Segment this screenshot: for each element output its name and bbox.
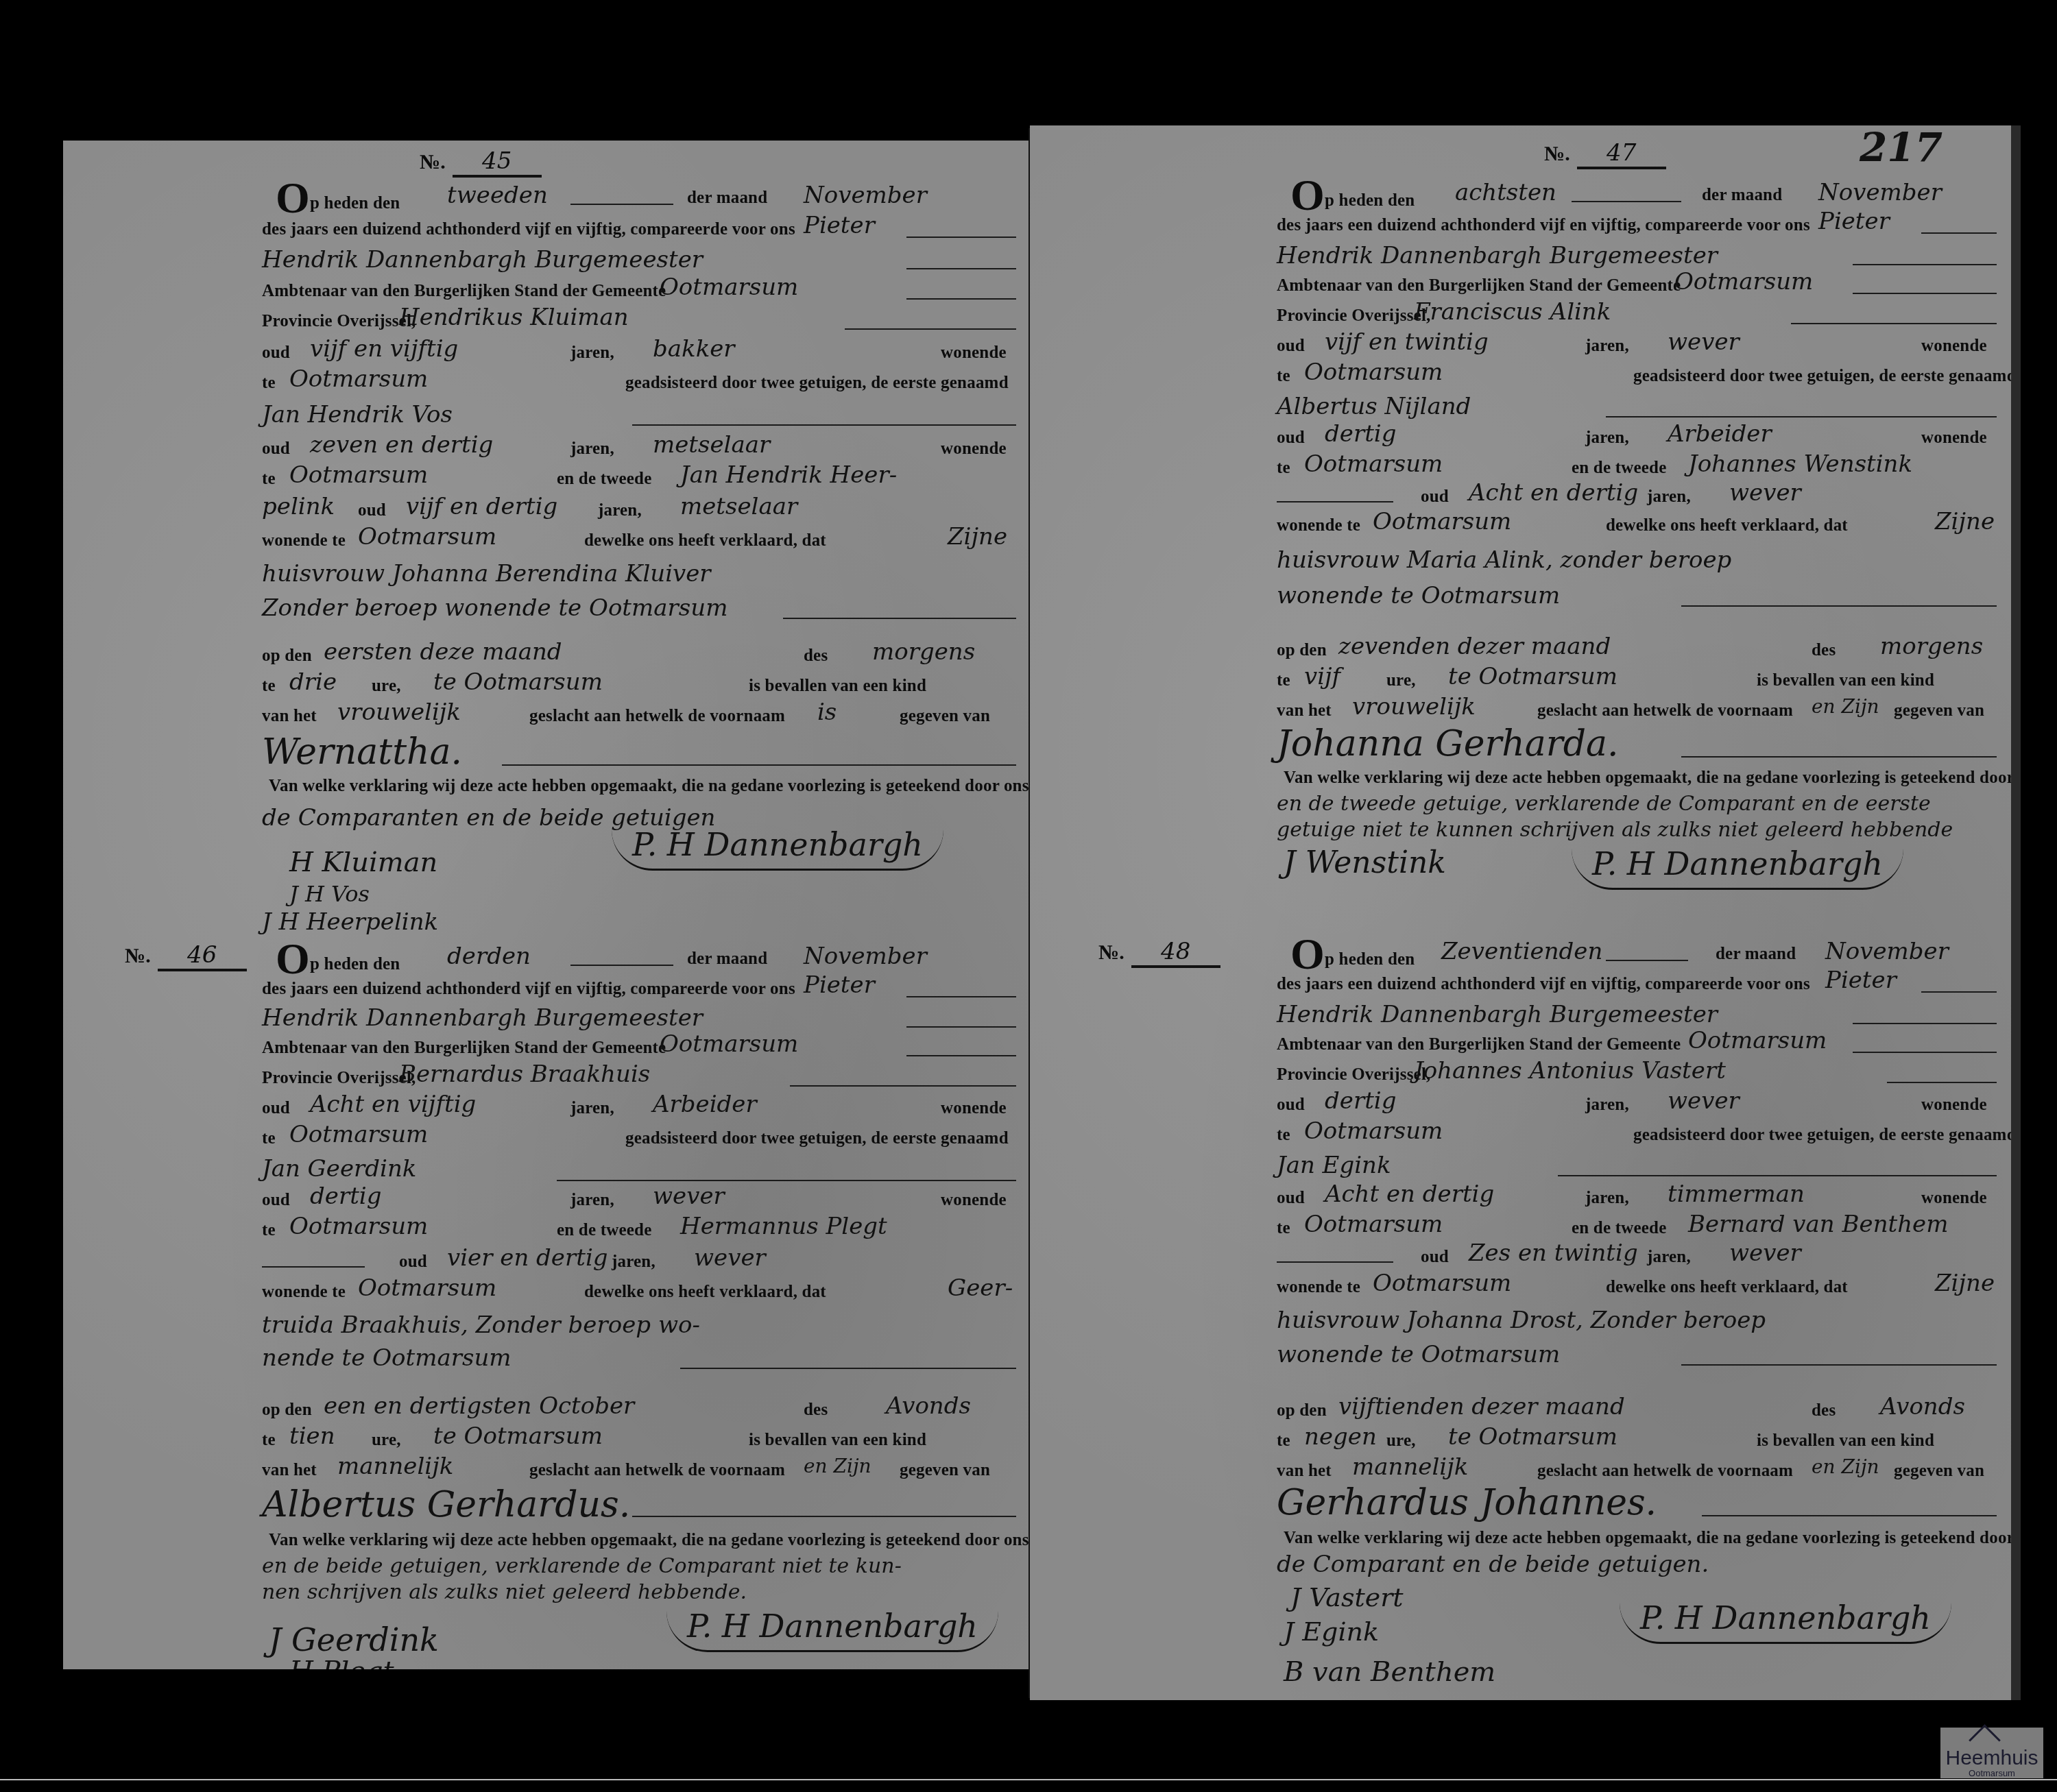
hw-witness1: Jan Geerdink <box>262 1154 416 1184</box>
hw-witness1-age: zeven en dertig <box>310 430 493 460</box>
printed-geadsisteerd: geadsisteerd door twee getuigen, de eers… <box>625 1124 1009 1154</box>
logo-place: Ootmarsum <box>1940 1769 2043 1778</box>
hw-declarant-age: dertig <box>1325 1086 1396 1116</box>
printed-wonende-te: wonende te <box>1277 1272 1360 1303</box>
printed-jaren: jaren, <box>570 1093 614 1124</box>
hw-official-first: Pieter <box>1818 206 1890 237</box>
hw-declarant-residence: Ootmarsum <box>1304 357 1443 387</box>
hw-statement-start: Geer- <box>948 1273 1013 1303</box>
hw-witness2-age: vier en dertig <box>447 1243 608 1273</box>
printed-geslacht: geslacht aan hetwelk de voornaam <box>529 701 785 731</box>
hw-witness2: Johannes Wenstink <box>1688 449 1912 479</box>
printed-van-welke: Van welke verklaring wij deze acte hebbe… <box>269 771 1029 801</box>
hw-hour: drie <box>289 667 337 697</box>
printed-van-het: van het <box>262 1455 317 1486</box>
printed-wonende: wonende <box>941 338 1007 368</box>
printed-des: des <box>804 1395 828 1425</box>
birth-record-48: №.48 Op heden den Zeventienden der maand… <box>1030 924 2011 1699</box>
printed-van-het: van het <box>262 701 317 731</box>
hw-declarant: Hendrikus Kluiman <box>399 302 629 332</box>
hw-child-name: Wernattha. <box>262 731 462 773</box>
printed-wonende-te: wonende te <box>1277 511 1360 541</box>
hw-witness2-residence: Ootmarsum <box>1373 1268 1511 1298</box>
hw-birth-day: vijftienden dezer maand <box>1338 1392 1625 1422</box>
hw-declarant-age: Acht en vijftig <box>310 1089 476 1119</box>
printed-te: te <box>1277 361 1290 391</box>
hw-witness2: Bernard van Benthem <box>1688 1209 1948 1239</box>
hw-witness2-residence: Ootmarsum <box>1373 507 1511 537</box>
printed-gegeven-van: gegeven van <box>900 1455 990 1486</box>
hw-statement-start: Zijne <box>1935 1268 1995 1298</box>
hw-closing: de Comparant en de beide getuigen. <box>1277 1549 1709 1579</box>
hw-statement-line2: wonende te Ootmarsum <box>1277 1340 1560 1370</box>
hw-statement-line2: nende te Ootmarsum <box>262 1343 512 1373</box>
hw-declarant-age: vijf en vijftig <box>310 334 458 364</box>
hw-witness1-age: dertig <box>310 1181 381 1211</box>
scan-edge-line <box>0 1779 2057 1780</box>
printed-der-maand: der maand <box>687 183 767 213</box>
hw-birth-day: eersten deze maand <box>324 637 562 667</box>
hw-statement-line2: Zonder beroep wonende te Ootmarsum <box>262 593 727 623</box>
printed-oud: oud <box>262 338 290 368</box>
printed-geadsisteerd: geadsisteerd door twee getuigen, de eers… <box>1633 361 2017 391</box>
printed-jaren: jaren, <box>1647 482 1691 512</box>
printed-te: te <box>1277 666 1290 696</box>
printed-dewelke: dewelke ons heeft verklaard, dat <box>584 1277 826 1307</box>
hw-statement-line2: wonende te Ootmarsum <box>1277 581 1560 611</box>
printed-jaren: jaren, <box>1647 1242 1691 1272</box>
hw-witness2-occupation: metselaar <box>680 492 797 522</box>
hw-gemeente: Ootmarsum <box>660 272 798 302</box>
signature-witness1: J H Vos <box>289 881 370 907</box>
printed-te: te <box>1277 1426 1290 1456</box>
hw-witness2-age: Zes en twintig <box>1469 1238 1638 1268</box>
hw-statement-start: Zijne <box>1935 507 1995 537</box>
printed-geadsisteerd: geadsisteerd door twee getuigen, de eers… <box>1633 1120 2017 1150</box>
hw-witness2-residence: Ootmarsum <box>358 1273 496 1303</box>
hw-official-first: Pieter <box>1825 965 1897 995</box>
hw-hour: tien <box>289 1421 335 1451</box>
printed-te: te <box>262 671 276 701</box>
hw-month: November <box>1825 936 1949 967</box>
printed-geslacht: geslacht aan hetwelk de voornaam <box>1537 696 1793 726</box>
printed-dewelke: dewelke ons heeft verklaard, dat <box>1606 1272 1848 1303</box>
printed-oud: oud <box>1277 423 1305 453</box>
printed-gegeven-van: gegeven van <box>1894 1456 1984 1486</box>
hw-birth-place: te Ootmarsum <box>433 667 603 697</box>
printed-jaren: jaren, <box>570 338 614 368</box>
hw-sex: mannelijk <box>1352 1452 1468 1482</box>
hw-declarant-age: vijf en twintig <box>1325 327 1489 357</box>
hw-month: November <box>804 180 927 210</box>
hw-hour: vijf <box>1304 662 1340 692</box>
signature-official: P. H Dannenbargh <box>1572 845 1903 890</box>
printed-jaren: jaren, <box>1585 331 1629 361</box>
hw-day: derden <box>447 941 531 971</box>
hw-witness1-occupation: wever <box>653 1181 725 1211</box>
printed-der-maand: der maand <box>1702 180 1782 210</box>
hw-witness2: Hermannus Plegt <box>680 1211 887 1242</box>
hw-voornaam-word: en Zijn <box>1812 692 1879 722</box>
hw-daypart: Avonds <box>886 1391 971 1421</box>
printed-te: te <box>262 1124 276 1154</box>
signature-witness2: B van Benthem <box>1284 1656 1495 1688</box>
hw-statement-start: Zijne <box>948 522 1007 552</box>
hw-declarant-residence: Ootmarsum <box>289 1119 428 1150</box>
printed-jaren: jaren, <box>570 434 614 464</box>
hw-witness2-occupation: wever <box>694 1243 766 1273</box>
printed-wonende: wonende <box>941 434 1007 464</box>
hw-sex: vrouwelijk <box>337 697 461 727</box>
hw-witness1-occupation: timmerman <box>1668 1179 1805 1209</box>
hw-witness1: Albertus Nijland <box>1277 391 1471 422</box>
printed-der-maand: der maand <box>687 944 767 974</box>
printed-geadsisteerd: geadsisteerd door twee getuigen, de eers… <box>625 368 1009 398</box>
hw-witness1-residence: Ootmarsum <box>1304 449 1443 479</box>
printed-wonende: wonende <box>941 1185 1007 1215</box>
printed-jaren: jaren, <box>1585 1090 1629 1120</box>
hw-child-name: Albertus Gerhardus. <box>262 1484 630 1525</box>
hw-witness2: Jan Hendrik Heer- <box>680 460 897 490</box>
signature-witness1: J Egink <box>1284 1617 1379 1647</box>
hw-gemeente: Ootmarsum <box>1688 1026 1827 1056</box>
printed-oud: oud <box>1277 331 1305 361</box>
record-number: №.47 <box>1544 139 1666 169</box>
hw-closing2: nen schrijven als zulks niet geleerd heb… <box>262 1577 747 1608</box>
hw-official-first: Pieter <box>804 970 875 1000</box>
signature-declarant: H Kluiman <box>289 847 437 878</box>
record-number: №.45 <box>420 147 542 178</box>
hw-month: November <box>1818 178 1942 208</box>
printed-jaren: jaren, <box>1585 1183 1629 1213</box>
printed-des: des <box>1812 1396 1836 1426</box>
printed-wonende: wonende <box>1921 423 1987 453</box>
hw-witness2-cont: pelink <box>262 492 335 522</box>
printed-dewelke: dewelke ons heeft verklaard, dat <box>584 526 826 556</box>
record-number: №.46 <box>125 941 247 971</box>
hw-witness1-age: dertig <box>1325 419 1396 449</box>
hw-daypart: morgens <box>872 637 975 667</box>
hw-daypart: Avonds <box>1880 1392 1965 1422</box>
hw-voornaam-word: is <box>817 697 837 727</box>
printed-te: te <box>262 368 276 398</box>
printed-oud: oud <box>1277 1090 1305 1120</box>
printed-provincie: Provincie Overijssel, <box>262 306 416 337</box>
birth-record-47: №.47 Op heden den achtsten der maand Nov… <box>1030 125 2011 900</box>
hw-declarant: Franciscus Alink <box>1414 297 1611 327</box>
hw-voornaam-word: en Zijn <box>1812 1452 1879 1482</box>
printed-te: te <box>262 1425 276 1455</box>
hw-official-rest: Hendrik Dannenbargh Burgemeester <box>262 245 703 275</box>
hw-declarant: Johannes Antonius Vastert <box>1414 1056 1726 1086</box>
printed-jaren: jaren, <box>598 496 642 526</box>
hw-official-rest: Hendrik Dannenbargh Burgemeester <box>262 1003 703 1033</box>
hw-official-first: Pieter <box>804 210 875 241</box>
hw-closing2: getuige niet te kunnen schrijven als zul… <box>1277 815 1953 845</box>
signature-declarant: J Vastert <box>1290 1582 1404 1612</box>
printed-op-heden: Op heden den <box>1290 180 1415 210</box>
hw-declarant-occupation: wever <box>1668 1086 1740 1116</box>
logo-name: Heemhuis <box>1940 1748 2043 1769</box>
heemhuis-logo: Heemhuis Ootmarsum <box>1940 1728 2043 1778</box>
printed-en-de-tweede: en de tweede <box>557 1215 651 1246</box>
hw-daypart: morgens <box>1880 631 1983 662</box>
signature-official: P. H Dannenbargh <box>1620 1599 1951 1644</box>
printed-bevallen: is bevallen van een kind <box>749 671 926 701</box>
signature-witness2: J Wenstink <box>1284 845 1446 880</box>
printed-wonende-te: wonende te <box>262 1277 346 1307</box>
printed-geslacht: geslacht aan hetwelk de voornaam <box>529 1455 785 1486</box>
hw-birth-day: een en dertigsten October <box>324 1391 634 1421</box>
printed-des-jaars: des jaars een duizend achthonderd vijf e… <box>1277 210 1810 241</box>
hw-witness1-age: Acht en dertig <box>1325 1179 1494 1209</box>
signature-official: P. H Dannenbargh <box>666 1608 998 1652</box>
printed-op-heden: Op heden den <box>276 183 400 213</box>
hw-witness1-residence: Ootmarsum <box>289 1211 428 1242</box>
hw-official-rest: Hendrik Dannenbargh Burgemeester <box>1277 241 1718 271</box>
hw-witness1-occupation: metselaar <box>653 430 770 460</box>
hw-birth-place: te Ootmarsum <box>1448 662 1617 692</box>
printed-oud: oud <box>262 1185 290 1215</box>
printed-jaren: jaren, <box>570 1185 614 1215</box>
printed-des-jaars: des jaars een duizend achthonderd vijf e… <box>262 215 795 245</box>
hw-declarant: Bernardus Braakhuis <box>399 1059 650 1089</box>
printed-wonende-te: wonende te <box>262 526 346 556</box>
hw-birth-day: zevenden dezer maand <box>1338 631 1611 662</box>
hw-witness1-occupation: Arbeider <box>1668 419 1772 449</box>
printed-der-maand: der maand <box>1716 939 1796 969</box>
printed-op-heden: Op heden den <box>276 944 400 974</box>
printed-te: te <box>1277 1120 1290 1150</box>
hw-declarant-occupation: wever <box>1668 327 1740 357</box>
printed-des-jaars: des jaars een duizend achthonderd vijf e… <box>262 974 795 1004</box>
hw-witness2-residence: Ootmarsum <box>358 522 496 552</box>
hw-voornaam-word: en Zijn <box>804 1451 871 1481</box>
printed-te: te <box>262 464 276 494</box>
hw-birth-place: te Ootmarsum <box>433 1421 603 1451</box>
hw-witness2-occupation: wever <box>1729 1238 1801 1268</box>
hw-day: tweeden <box>447 180 548 210</box>
signature-witness2: H Plegt <box>289 1656 394 1669</box>
printed-des-jaars: des jaars een duizend achthonderd vijf e… <box>1277 969 1810 1000</box>
hw-child-name: Gerhardus Johannes. <box>1277 1482 1657 1523</box>
signature-witness1: J Geerdink <box>269 1621 439 1658</box>
printed-te: te <box>262 1215 276 1246</box>
hw-witness2-age: vijf en dertig <box>406 492 557 522</box>
printed-gegeven-van: gegeven van <box>1894 696 1984 726</box>
printed-oud: oud <box>1277 1183 1305 1213</box>
hw-day: achtsten <box>1455 178 1556 208</box>
hw-witness1: Jan Hendrik Vos <box>262 400 453 430</box>
hw-declarant-occupation: bakker <box>653 334 735 364</box>
printed-oud: oud <box>262 1093 290 1124</box>
hw-witness1-residence: Ootmarsum <box>289 460 428 490</box>
hw-declarant-residence: Ootmarsum <box>289 364 428 394</box>
signature-official: P. H Dannenbargh <box>612 826 943 871</box>
hw-witness1: Jan Egink <box>1277 1150 1391 1180</box>
printed-des: des <box>804 641 828 671</box>
hw-sex: vrouwelijk <box>1352 692 1476 722</box>
right-page: 217 №.47 Op heden den achtsten der maand… <box>1030 125 2021 1700</box>
birth-record-45: №.45 Op heden den tweeden der maand Nove… <box>63 141 1030 895</box>
hw-witness2-occupation: wever <box>1729 478 1801 508</box>
hw-sex: mannelijk <box>337 1451 453 1481</box>
printed-dewelke: dewelke ons heeft verklaard, dat <box>1606 511 1848 541</box>
hw-gemeente: Ootmarsum <box>660 1029 798 1059</box>
printed-des: des <box>1812 635 1836 666</box>
printed-wonende: wonende <box>1921 1090 1987 1120</box>
hw-hour: negen <box>1304 1422 1377 1452</box>
hw-statement-line1: huisvrouw Maria Alink, zonder beroep <box>1277 545 1731 575</box>
printed-oud: oud <box>262 434 290 464</box>
hw-declarant-residence: Ootmarsum <box>1304 1116 1443 1146</box>
birth-record-46: №.46 Op heden den derden der maand Novem… <box>63 929 1030 1669</box>
printed-gegeven-van: gegeven van <box>900 701 990 731</box>
hw-statement-line1: truida Braakhuis, Zonder beroep wo- <box>262 1310 700 1340</box>
printed-te: te <box>1277 453 1290 483</box>
hw-gemeente: Ootmarsum <box>1674 267 1813 297</box>
printed-en-de-tweede: en de tweede <box>557 464 651 494</box>
hw-statement-line1: huisvrouw Johanna Drost, Zonder beroep <box>1277 1305 1766 1335</box>
hw-witness2-age: Acht en dertig <box>1469 478 1638 508</box>
record-number: №.48 <box>1098 938 1220 968</box>
hw-birth-place: te Ootmarsum <box>1448 1422 1617 1452</box>
left-page: №.45 Op heden den tweeden der maand Nove… <box>63 141 1030 1669</box>
hw-witness1-residence: Ootmarsum <box>1304 1209 1443 1239</box>
printed-van-het: van het <box>1277 696 1332 726</box>
printed-jaren: jaren, <box>1585 423 1629 453</box>
printed-wonende: wonende <box>1921 331 1987 361</box>
hw-child-name: Johanna Gerharda. <box>1277 723 1619 764</box>
hw-declarant-occupation: Arbeider <box>653 1089 757 1119</box>
printed-op-heden: Op heden den <box>1290 939 1415 969</box>
hw-official-rest: Hendrik Dannenbargh Burgemeester <box>1277 1000 1718 1030</box>
hw-month: November <box>804 941 927 971</box>
hw-statement-line1: huisvrouw Johanna Berendina Kluiver <box>262 559 711 589</box>
printed-jaren: jaren, <box>612 1247 655 1277</box>
hw-day: Zeventienden <box>1441 936 1602 967</box>
printed-wonende: wonende <box>941 1093 1007 1124</box>
printed-te: te <box>1277 1213 1290 1244</box>
